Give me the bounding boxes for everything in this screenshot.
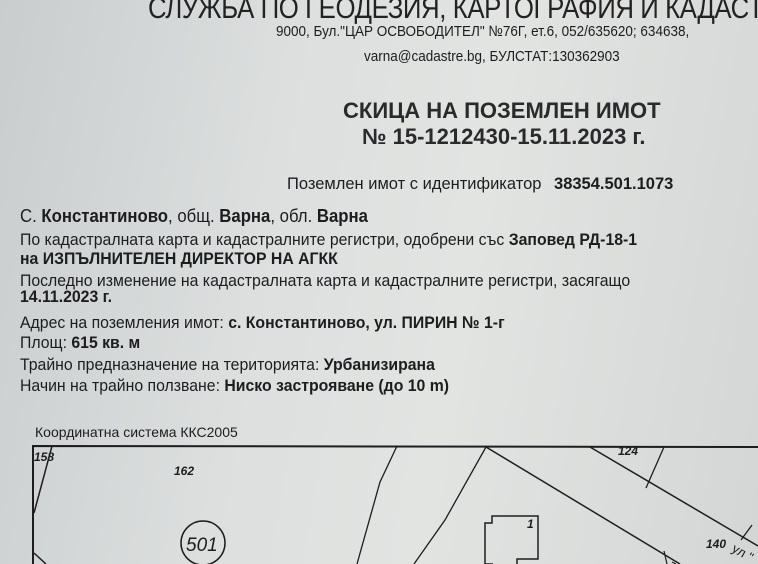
quarter-label-501: 501 <box>186 535 218 556</box>
parcel-label-158: 158 <box>34 450 54 464</box>
street-boundary <box>590 447 758 546</box>
street-label: ул " <box>730 541 757 564</box>
parcel-label-162: 162 <box>174 464 194 478</box>
parcel-boundary <box>34 553 46 564</box>
building-label-1: 1 <box>527 517 534 531</box>
parcel-boundary <box>414 447 486 564</box>
parcel-label-124: 124 <box>618 444 638 458</box>
parcel-boundary <box>486 447 680 564</box>
parcel-boundary <box>646 447 664 488</box>
parcel-label-140: 140 <box>706 537 726 551</box>
parcel-boundary <box>741 525 752 540</box>
parcel-boundary <box>357 446 397 564</box>
cadastral-map: 158 162 501 124 1 140 ул " <box>0 0 758 564</box>
